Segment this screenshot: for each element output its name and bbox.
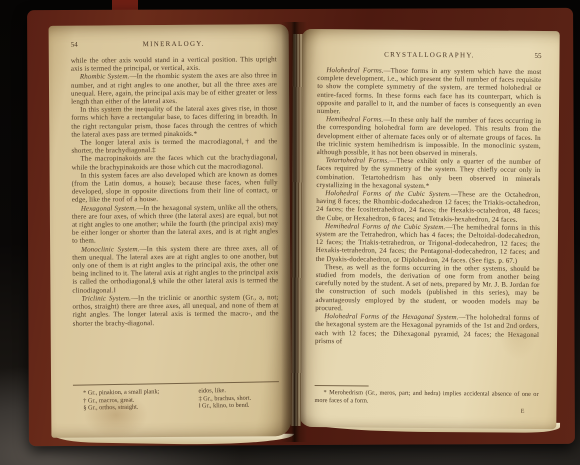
paragraph: while the other axis would stand in a ve… (71, 55, 277, 73)
footnote-rule (315, 385, 369, 386)
paragraph: Monoclinic System.—In this system there … (72, 244, 278, 295)
header-spacer (205, 45, 277, 46)
spine-edge (112, 0, 138, 10)
right-page: CRYSTALLOGRAPHY. 55 Holohedral Forms.—Th… (298, 29, 559, 429)
paragraph: Triclinic System.—In the triclinic or an… (72, 293, 278, 327)
right-page-footnote: * Merohedrism (Gr., meros, part; and hed… (314, 385, 538, 417)
paragraph: The macropinakoids are the faces which c… (71, 154, 277, 172)
paragraph: Hemihedral Forms.—In these only half the… (317, 115, 541, 158)
paragraph: Hemihedral Forms of the Cubic System.—Th… (316, 222, 540, 265)
paragraph: These, as well as the forms occurring in… (315, 263, 539, 314)
left-page-footnotes: * Gr., pinakion, a small plank;eidos, li… (73, 381, 279, 412)
paragraph: Hexagonal System.—In the hexagonal syste… (72, 203, 278, 245)
photo-open-book: 54 MINERALOGY. while the other axis woul… (0, 0, 580, 465)
running-head: MINERALOGY. (143, 40, 205, 48)
left-page-header: 54 MINERALOGY. (71, 39, 277, 48)
right-page-header: CRYSTALLOGRAPHY. 55 (317, 50, 541, 60)
paragraph: Holohedral Forms of the Hexagonal System… (315, 312, 539, 347)
left-page: 54 MINERALOGY. while the other axis woul… (49, 24, 292, 438)
paragraph: Holohedral Forms of the Cubic System.—Th… (316, 189, 540, 224)
paragraph: Tetartohedral Forms.—These exhibit only … (316, 156, 540, 191)
paragraph: In this system the inequality of the lat… (71, 104, 277, 138)
header-spacer (318, 56, 385, 57)
page-number: 55 (534, 52, 541, 60)
paragraph: Holohedral Forms.—Those forms in any sys… (317, 66, 541, 117)
left-page-text: 54 MINERALOGY. while the other axis woul… (71, 39, 279, 383)
page-number: 54 (71, 41, 78, 49)
running-head: CRYSTALLOGRAPHY. (384, 51, 475, 60)
right-page-text: CRYSTALLOGRAPHY. 55 Holohedral Forms.—Th… (315, 50, 542, 385)
inner-leaf-edges (291, 34, 303, 426)
signature-mark: E (314, 407, 538, 417)
paragraph: The longer lateral axis is termed the ma… (71, 137, 277, 155)
footnote-text: * Merohedrism (Gr., meros, part; and hed… (314, 389, 538, 406)
paragraph: Rhombic System.—In the rhombic system th… (71, 72, 277, 106)
paragraph: In this system faces are also developed … (72, 170, 278, 204)
